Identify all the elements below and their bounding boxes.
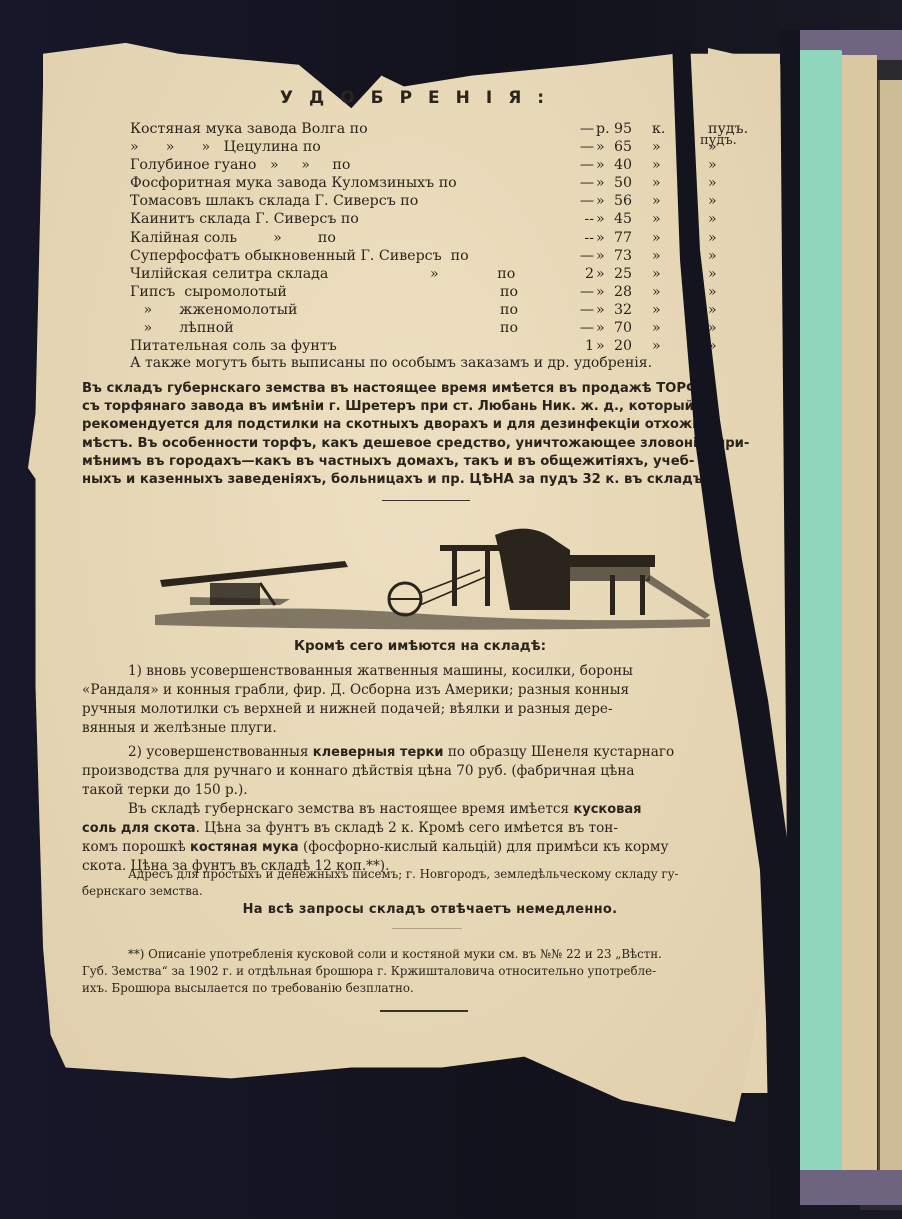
torf-line: ныхъ и казенныхъ заведеніяхъ, больницахъ… (82, 471, 782, 489)
item1-line: 1) вновь усовершенствованныя жатвенныя м… (82, 662, 782, 681)
clover-graters-bold: клеверныя терки (313, 745, 444, 760)
price-row: » » » Цецулина по—»65»» (130, 138, 760, 156)
price-unit2: » (708, 210, 717, 228)
price-sep: » (596, 229, 605, 247)
price-name: Голубиное гуано » » по (130, 156, 350, 174)
price-name: Фосфоритная мука завода Куломзиныхъ по (130, 174, 457, 192)
price-rub: — (566, 138, 594, 156)
edge-fragment: Ш (764, 900, 781, 915)
price-kop: 28 (614, 283, 632, 301)
edge-fragment: Ш (764, 874, 781, 889)
price-row: » лѣпнойпо—»70»» (130, 319, 760, 337)
price-sep: » (596, 192, 605, 210)
price-name: Костяная мука завода Волга по (130, 120, 368, 138)
page-title: УДОБРЕНІЯ: (240, 88, 600, 108)
price-name: » лѣпной (130, 319, 234, 337)
price-kop: 45 (614, 210, 632, 228)
price-unit2: » (708, 156, 717, 174)
price-row: Каинитъ склада Г. Сиверсъ по--»45»» (130, 210, 760, 228)
price-rub: 1 (566, 337, 594, 355)
price-name: Томасовъ шлакъ склада Г. Сиверсъ по (130, 192, 418, 210)
price-rub: — (566, 283, 594, 301)
price-rub: — (566, 319, 594, 337)
price-kop: 40 (614, 156, 632, 174)
price-row: Чилійская селитра склада» по2»25»» (130, 265, 760, 283)
price-note: А также могутъ быть выписаны по особымъ … (130, 355, 652, 371)
torf-line: съ торфянаго завода въ имѣніи г. Шретеръ… (82, 398, 782, 416)
price-name: Чилійская селитра склада (130, 265, 328, 283)
price-sep: » (596, 156, 605, 174)
torf-line: рекомендуется для подстилки на скотныхъ … (82, 416, 782, 434)
item1-line: вянныя и желѣзные плуги. (82, 719, 782, 738)
price-unit2: » (708, 174, 717, 192)
price-row: Питательная соль за фунтъ1»20»» (130, 337, 760, 355)
price-sep: » (596, 319, 605, 337)
price-kop: 73 (614, 247, 632, 265)
price-sep: » (596, 247, 605, 265)
price-sep: » (596, 265, 605, 283)
torf-line: Въ складъ губернскаго земства въ настоящ… (82, 380, 782, 398)
price-row: Томасовъ шлакъ склада Г. Сиверсъ по—»56»… (130, 192, 760, 210)
price-name: Суперфосфатъ обыкновенный Г. Сиверсъ по (130, 247, 469, 265)
price-unit: » (652, 265, 661, 283)
price-po: по (500, 319, 518, 337)
page-content: УДОБРЕНІЯ: Костяная мука завода Волга по… (0, 0, 902, 1219)
edge-fragment: Н. (768, 1016, 784, 1031)
price-kop: 77 (614, 229, 632, 247)
price-name: Каинитъ склада Г. Сиверсъ по (130, 210, 359, 228)
threshing-machine-illustration (150, 515, 720, 635)
price-name: Калійная соль » по (130, 229, 336, 247)
price-rub: — (566, 301, 594, 319)
dotted-divider (392, 928, 462, 929)
price-unit2: » (708, 319, 717, 337)
reply-line: На всѣ запросы складъ отвѣчаетъ немедлен… (150, 902, 710, 917)
price-unit2: » (708, 283, 717, 301)
price-sep: » (596, 301, 605, 319)
price-row: » жженомолотыйпо—»32»» (130, 301, 760, 319)
price-unit: к. (652, 120, 665, 138)
address-paragraph: Адресъ для простыхъ и денежныхъ писемъ; … (82, 866, 782, 900)
price-po: по (500, 301, 518, 319)
price-kop: 32 (614, 301, 632, 319)
price-sep: р. (596, 120, 610, 138)
price-unit: » (652, 192, 661, 210)
price-name: » » » Цецулина по (130, 138, 321, 156)
list-item-machines: 1) вновь усовершенствованныя жатвенныя м… (82, 662, 782, 738)
price-name: Гипсъ сыромолотый (130, 283, 287, 301)
price-rub: -- (566, 210, 594, 228)
item1-line: ручныя молотилки съ верхней и нижней под… (82, 700, 782, 719)
price-unit: » (652, 229, 661, 247)
price-kop: 50 (614, 174, 632, 192)
price-unit: » (652, 210, 661, 228)
edge-fragment: пудъ. (700, 133, 737, 148)
price-rub: — (566, 156, 594, 174)
price-unit: » (652, 301, 661, 319)
price-unit: » (652, 138, 661, 156)
price-po: » по (430, 265, 515, 283)
peat-advertisement: Въ складъ губернскаго земства въ настоящ… (82, 380, 782, 489)
torf-line: мѣстъ. Въ особенности торфъ, какъ дешево… (82, 435, 782, 453)
price-sep: » (596, 174, 605, 192)
price-unit: » (652, 337, 661, 355)
price-row: Фосфоритная мука завода Куломзиныхъ по—»… (130, 174, 760, 192)
price-po: по (500, 283, 518, 301)
price-rub: — (566, 174, 594, 192)
footnote: **) Описаніе употребленія кусковой соли … (82, 946, 782, 997)
item1-line: «Рандаля» и конныя грабли, фир. Д. Осбор… (82, 681, 782, 700)
price-row: Голубиное гуано » » по—»40»» (130, 156, 760, 174)
price-unit: » (652, 283, 661, 301)
price-row: Костяная мука завода Волга по—р.95к.пудъ… (130, 120, 760, 138)
price-kop: 56 (614, 192, 632, 210)
list-item-clover-graters: 2) усовершенствованныя клеверныя терки п… (82, 743, 782, 800)
price-kop: 25 (614, 265, 632, 283)
price-rub: — (566, 120, 594, 138)
price-unit2: » (708, 229, 717, 247)
divider (382, 500, 470, 501)
price-rub: — (566, 192, 594, 210)
price-sep: » (596, 138, 605, 156)
price-name: Питательная соль за фунтъ (130, 337, 337, 355)
price-unit2: » (708, 337, 717, 355)
price-unit2: » (708, 192, 717, 210)
price-kop: 70 (614, 319, 632, 337)
price-row: Гипсъ сыромолотыйпо—»28»» (130, 283, 760, 301)
price-row: Калійная соль » по--»77»» (130, 229, 760, 247)
price-kop: 95 (614, 120, 632, 138)
price-rub: 2 (566, 265, 594, 283)
section-heading: Кромѣ сего имѣются на складѣ: (200, 638, 640, 654)
price-unit2: » (708, 247, 717, 265)
price-kop: 65 (614, 138, 632, 156)
price-rub: — (566, 247, 594, 265)
torf-line: мѣнимъ въ городахъ—какъ въ частныхъ дома… (82, 453, 782, 471)
price-unit: » (652, 247, 661, 265)
price-name: » жженомолотый (130, 301, 298, 319)
price-unit: » (652, 319, 661, 337)
fertilizer-price-list: Костяная мука завода Волга по—р.95к.пудъ… (130, 120, 760, 355)
salt-paragraph: Въ складѣ губернскаго земства въ настоящ… (82, 800, 782, 876)
price-row: Суперфосфатъ обыкновенный Г. Сиверсъ по—… (130, 247, 760, 265)
price-rub: -- (566, 229, 594, 247)
price-unit: » (652, 156, 661, 174)
price-unit: » (652, 174, 661, 192)
price-sep: » (596, 283, 605, 301)
closing-divider (380, 1010, 468, 1012)
price-sep: » (596, 337, 605, 355)
price-kop: 20 (614, 337, 632, 355)
price-unit2: » (708, 265, 717, 283)
price-sep: » (596, 210, 605, 228)
price-unit2: » (708, 301, 717, 319)
